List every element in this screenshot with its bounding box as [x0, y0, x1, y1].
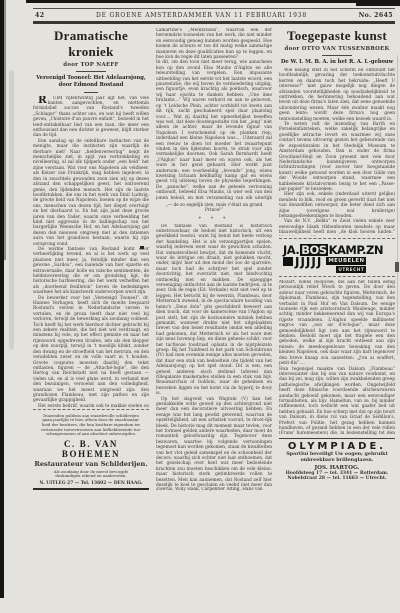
divider	[322, 55, 352, 56]
article-body-right-bottom: Mozart, wiens doopceel, die aan het toll…	[279, 280, 395, 436]
issue-number: No. 2645	[359, 12, 393, 19]
divider-small	[84, 92, 98, 93]
actors-line: Zwerus, Willy Haak, Carpentier Alting, H…	[156, 487, 272, 492]
ad-rule-dashed	[33, 409, 149, 411]
byline-top-naeff: door TOP NAEFF	[33, 62, 149, 68]
paragraph: In dit, om den toon niet meer terug, wie…	[156, 60, 272, 200]
scan-artifact-top-right	[356, 0, 400, 6]
article-title-toegepaste-kunst: Toegepaste kunst	[279, 28, 395, 44]
section-separator: * * *	[156, 216, 272, 222]
paragraph: De warme fantasie van Rostand komt door …	[33, 247, 149, 296]
ad-advertiser-name: C. B. VAN BOHEMEN	[33, 439, 149, 459]
ad-rule-dashed	[279, 276, 395, 278]
masthead-title: DE GROENE AMSTERDAMMER VAN 11 FEBRUARI 1…	[96, 12, 307, 19]
quote-line: „— de zo zegelijk zien, mais c'était un …	[156, 203, 272, 213]
byline-otto-van-tussenbroek: door OTTO VAN TUSSENBROEK	[279, 46, 395, 52]
article-title-dramatische-kroniek: Dramatische kroniek	[33, 28, 149, 60]
header-rule-bottom	[33, 21, 395, 24]
paragraph: Te weten valt de inzending van Barth en …	[279, 122, 395, 192]
article-body-right-top: Wie belang stelt in het scherm en onthou…	[279, 68, 395, 236]
scan-artifact-right-edge	[397, 55, 398, 355]
paragraph: Het eerste bedrijf, waarin ook te makkie…	[33, 404, 149, 407]
newspaper-page: 42 DE GROENE AMSTERDAMMER VAN 11 FEBRUAR…	[0, 0, 400, 613]
olympiade-address-2: Nobelstraat 28 — tel. 11663 — Utrecht.	[279, 476, 395, 482]
paragraph: Lamartine's „Méditations”, waarvan een d…	[156, 28, 272, 60]
paragraph: Hier zijn ook, enkele (inderdaad uiterst…	[279, 192, 395, 219]
ad-olympiade: OLYMPIADE. Sportlui beveiligt Uw oogen; …	[279, 440, 395, 482]
paragraph: Een aanslag op de onfeilbare instincten …	[33, 139, 149, 247]
paragraph: De fantasie van Rostand is historisch on…	[156, 224, 272, 397]
divider	[76, 71, 106, 72]
article-body-middle-top: Lamartine's „Méditations”, waarvan een d…	[156, 28, 272, 201]
page-number: 42	[35, 12, 44, 19]
paragraph-list: Een aanslag op de onfeilbare instincten …	[33, 139, 149, 407]
ad-rule-bottom	[33, 488, 149, 490]
ad-boskamp-meubelen: JA.BOSKAMP.ZN JJJJJ MEUBELEN UTRECHT	[279, 242, 395, 274]
paragraph-list: Wie belang stelt in het scherm en onthou…	[279, 68, 395, 236]
paragraph: Wie belang stelt in het scherm en onthou…	[279, 68, 395, 122]
ad-intro-lines: Duizenden guldens aan waardevolle schild…	[33, 414, 149, 437]
ad-address: N. UITLEG 27 — Tel. 13602 — DEN HAAG.	[33, 481, 149, 486]
scan-artifact-right-mark	[395, 262, 399, 272]
paragraph-list: Mozart, wiens doopceel, die aan het toll…	[279, 280, 395, 436]
boskamp-product-label: MEUBELEN	[326, 257, 366, 265]
boskamp-city-label: UTRECHT	[336, 266, 366, 273]
paragraph: Op het slagveld van Wagram (V) kan het g…	[156, 397, 272, 488]
boskamp-logo-motif: JJJJJ	[295, 257, 322, 267]
drop-cap: R	[33, 96, 47, 105]
boskamp-logo-block	[283, 257, 293, 266]
article-body-middle-bottom: De fantasie van Rostand is historisch on…	[156, 224, 272, 488]
paragraph: De bewerker voor het „Vereenigd Tooneel”…	[33, 296, 149, 404]
columns: Dramatische kroniek door TOP NAEFF Veree…	[33, 28, 395, 494]
paragraph-list: De fantasie van Rostand is historisch on…	[156, 224, 272, 488]
article-body-left: RUIM vijfentwintig jaar ligt het, van ve…	[33, 96, 149, 407]
article-subtitle: Vereenigd Tooneel: Het Adelaarsjong, doo…	[33, 75, 149, 89]
scan-artifact-top-edge	[26, 0, 400, 3]
column-left: Dramatische kroniek door TOP NAEFF Veree…	[33, 28, 149, 492]
paragraph-list: Lamartine's „Méditations”, waarvan een d…	[156, 28, 272, 201]
page-header: 42 DE GROENE AMSTERDAMMER VAN 11 FEBRUAR…	[33, 8, 395, 24]
article-subtitle-right: De W. I. M. B. A. in het R. A. I.-gebouw	[279, 59, 395, 66]
scan-artifact-left-shadow	[4, 0, 6, 260]
column-middle: Lamartine's „Méditations”, waarvan een d…	[156, 28, 272, 492]
header-rule-top	[33, 8, 395, 9]
ad-note: Als zoodanig door de meest bevoegde desk…	[33, 470, 149, 479]
paragraph: Hun tegenspel maakte van Dalsum „Flambea…	[279, 367, 395, 437]
ad-van-bohemen: Duizenden guldens aan waardevolle schild…	[33, 413, 149, 492]
ad-rule-dashed	[279, 238, 395, 240]
paragraph: Van de N.V. „Rekla” te Zeist vielen enke…	[279, 219, 395, 236]
paragraph: Mozart, wiens doopceel, die aan het toll…	[279, 280, 395, 367]
ad-advertiser-role: Restaurateur van Schilderijen.	[33, 460, 149, 468]
column-right: Toegepaste kunst door OTTO VAN TUSSENBRO…	[279, 28, 395, 494]
ad-rule-top	[279, 438, 395, 439]
scan-artifact-smudge	[9, 70, 14, 350]
lead-paragraph: RUIM vijfentwintig jaar ligt het, van ve…	[33, 96, 149, 139]
ad-intro-line: schenpersonen of aan absoluut onbevoegde…	[33, 432, 149, 437]
